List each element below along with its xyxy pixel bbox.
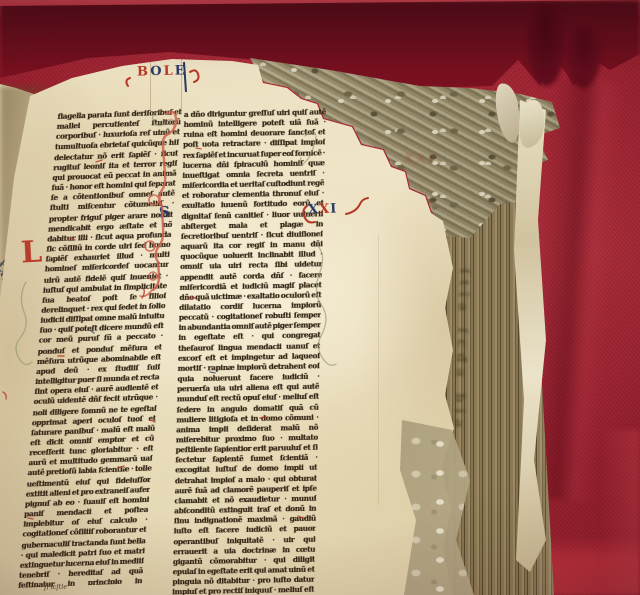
red-verse-initial: L xyxy=(20,237,43,268)
edge-ink-mark: ıȷı xyxy=(431,203,438,211)
offset-ghost-numeral: XXI xyxy=(404,151,438,167)
cloth-bright-edge xyxy=(600,430,640,595)
chapter-numeral-letter: X xyxy=(319,202,331,217)
text-column-right: a dño diriguntur greſſuſ uiri quiſ autẽ … xyxy=(172,107,326,595)
running-title: BOLE xyxy=(137,63,187,79)
chapter-numeral-letter: I xyxy=(330,201,338,216)
running-title-letter: B xyxy=(137,64,151,79)
running-title-letter: E xyxy=(175,63,187,78)
running-title-letter: L xyxy=(163,64,175,79)
chapter-numeral-letter: X xyxy=(308,202,320,217)
blue-chapter-initial: S xyxy=(159,203,170,221)
catchword-inscription: ſĩ ĩcſtle xyxy=(44,583,67,592)
chapter-numeral-xxi: XXI xyxy=(308,201,338,217)
manuscript-photograph: ſtĩa ſcđa bia XXI flagella parata ſunt d… xyxy=(0,0,640,595)
running-title-letter: O xyxy=(150,64,164,79)
ruling-line xyxy=(378,235,379,505)
